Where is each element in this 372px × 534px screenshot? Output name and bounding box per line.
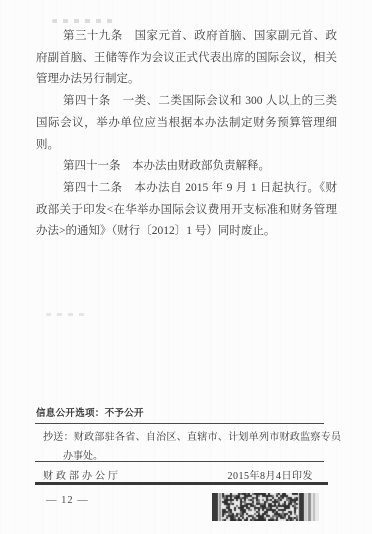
scan-smudge bbox=[52, 19, 114, 23]
issuing-office: 财政部办公厅 bbox=[43, 467, 121, 482]
divider-middle bbox=[35, 461, 324, 462]
scanned-document-page: 第三十九条 国家元首、政府首脑、国家副元首、政府副首脑、王储等作为会议正式代表出… bbox=[0, 0, 372, 534]
article-42: 第四十二条 本办法自 2015 年 9 月 1 日起执行。《财政部关于印发<在华… bbox=[36, 178, 337, 243]
issuer-row: 财政部办公厅 2015年8月4日印发 bbox=[43, 467, 313, 482]
article-40: 第四十条 一类、二类国际会议和 300 人以上的三类国际会议，举办单位应当根据本… bbox=[36, 91, 337, 156]
divider-bottom-thick bbox=[35, 482, 328, 485]
scan-smudge bbox=[46, 313, 88, 316]
divider-top bbox=[35, 423, 324, 424]
disclosure-option: 信息公开选项：不予公开 bbox=[36, 405, 144, 419]
article-39: 第三十九条 国家元首、政府首脑、国家副元首、政府副首脑、王储等作为会议正式代表出… bbox=[36, 26, 337, 91]
article-41: 第四十一条 本办法由财政部负责解释。 bbox=[36, 156, 337, 178]
barcode-icon bbox=[212, 493, 319, 521]
document-body: 第三十九条 国家元首、政府首脑、国家副元首、政府副首脑、王储等作为会议正式代表出… bbox=[36, 26, 337, 243]
page-number: — 12 — bbox=[46, 495, 89, 506]
print-date: 2015年8月4日印发 bbox=[228, 467, 314, 482]
